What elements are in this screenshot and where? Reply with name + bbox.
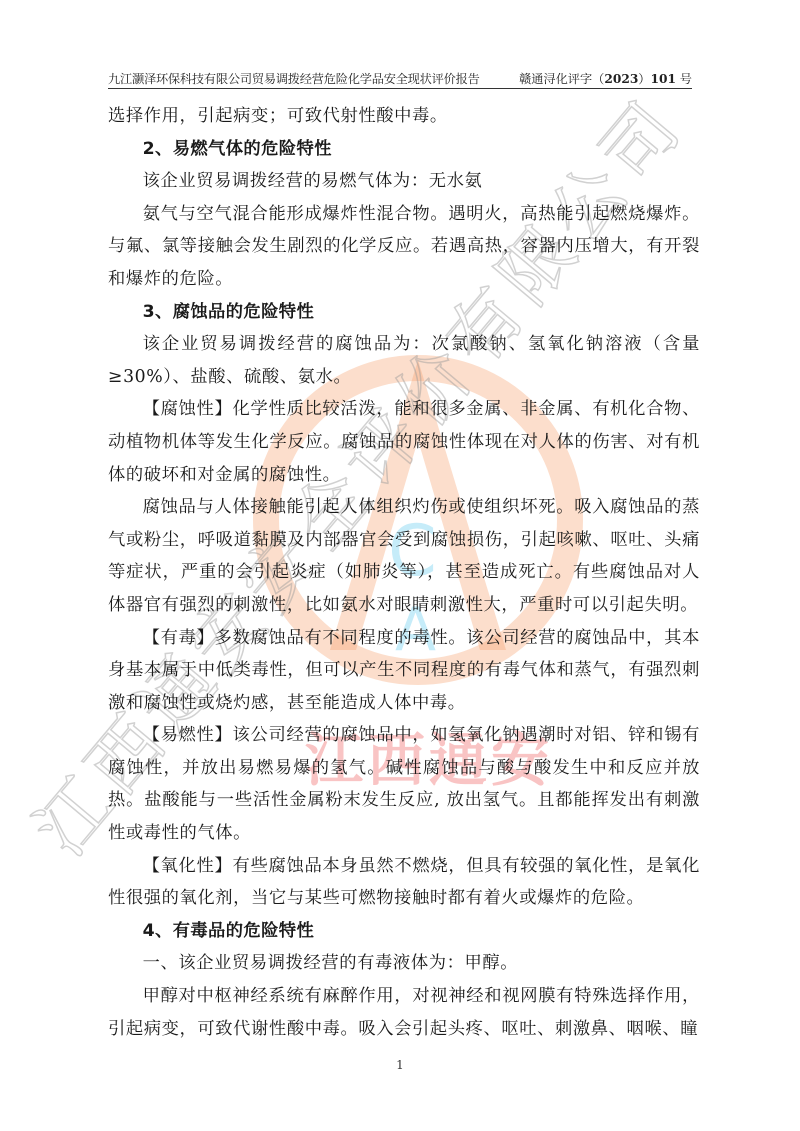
ref-suffix: 号: [676, 72, 692, 86]
ref-number: 101: [650, 72, 675, 86]
paragraph: 一、该企业贸易调拨经营的有毒液体为：甲醇。: [108, 947, 700, 980]
report-header-title: 九江灏泽环保科技有限公司贸易调拨经营危险化学品安全现状评价报告: [108, 70, 480, 87]
paragraph: 氨气与空气混合能形成爆炸性混合物。遇明火，高热能引起燃烧爆炸。与氟、氯等接触会发…: [108, 198, 700, 296]
paragraph: 腐蚀品与人体接触能引起人体组织灼伤或使组织坏死。吸入腐蚀品的蒸气或粉尘，呼吸道黏…: [108, 491, 700, 621]
paragraph: 选择作用，引起病变；可致代射性酸中毒。: [108, 100, 700, 133]
paragraph: 【腐蚀性】化学性质比较活泼，能和很多金属、非金属、有机化合物、动植物机体等发生化…: [108, 393, 700, 491]
document-body: 选择作用，引起病变；可致代射性酸中毒。2、易燃气体的危险特性该企业贸易调拨经营的…: [108, 100, 700, 1045]
paragraph: 该企业贸易调拨经营的腐蚀品为：次氯酸钠、氢氧化钠溶液（含量≥30%）、盐酸、硫酸…: [108, 328, 700, 393]
page-number: 1: [0, 1058, 800, 1072]
section-heading: 3、腐蚀品的危险特性: [108, 296, 700, 329]
section-heading: 4、有毒品的危险特性: [108, 915, 700, 948]
header-divider: [108, 88, 692, 89]
ref-year: 2023: [604, 72, 638, 86]
paragraph: 【有毒】多数腐蚀品有不同程度的毒性。该公司经营的腐蚀品中，其本身基本属于中低类毒…: [108, 622, 700, 720]
report-reference-number: 赣通浔化评字（2023）101 号: [519, 70, 692, 87]
paragraph: 甲醇对中枢神经系统有麻醉作用，对视神经和视网膜有特殊选择作用，引起病变，可致代谢…: [108, 980, 700, 1045]
ref-mid: ）: [638, 72, 650, 86]
ref-prefix: 赣通浔化评字（: [519, 72, 604, 86]
section-heading: 2、易燃气体的危险特性: [108, 133, 700, 166]
paragraph: 【氧化性】有些腐蚀品本身虽然不燃烧，但具有较强的氧化性，是氧化性很强的氧化剂，当…: [108, 850, 700, 915]
paragraph: 该企业贸易调拨经营的易燃气体为：无水氨: [108, 165, 700, 198]
paragraph: 【易燃性】该公司经营的腐蚀品中，如氢氧化钠遇潮时对铝、锌和锡有腐蚀性，并放出易燃…: [108, 719, 700, 849]
